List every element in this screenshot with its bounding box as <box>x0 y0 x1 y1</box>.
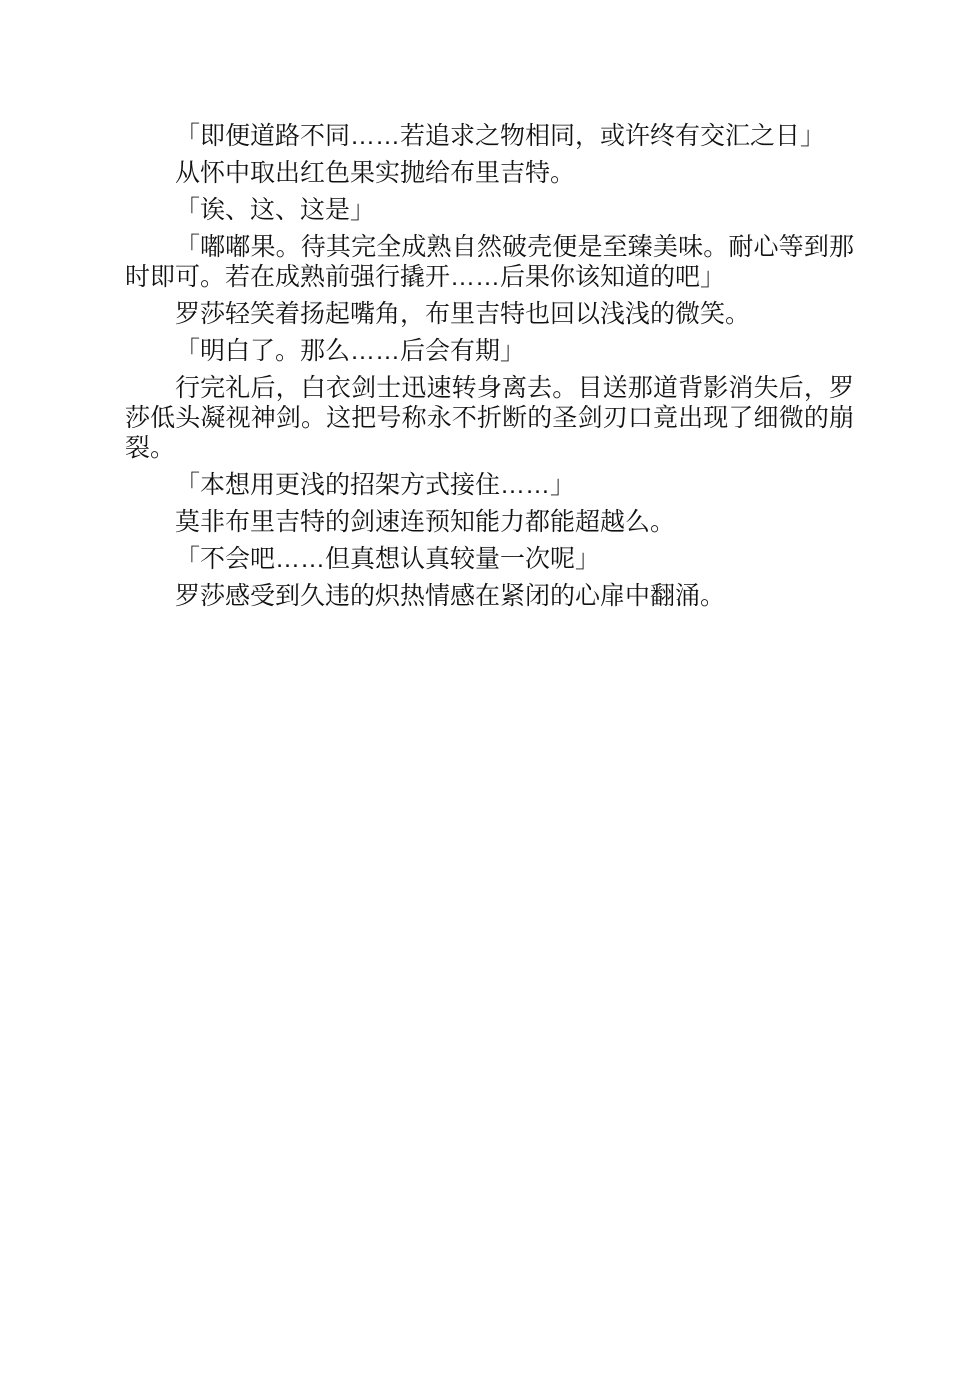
paragraph-narration: 罗莎感受到久违的炽热情感在紧闭的心扉中翻涌。 <box>125 581 854 611</box>
paragraph-dialogue: 「即便道路不同……若追求之物相同，或许终有交汇之日」 <box>125 121 854 151</box>
paragraph-narration: 罗莎轻笑着扬起嘴角，布里吉特也回以浅浅的微笑。 <box>125 299 854 329</box>
reader-page: 「即便道路不同……若追求之物相同，或许终有交汇之日」 从怀中取出红色果实抛给布里… <box>0 0 979 1384</box>
paragraph-narration: 行完礼后，白衣剑士迅速转身离去。目送那道背影消失后，罗莎低头凝视神剑。这把号称永… <box>125 373 854 463</box>
paragraph-narration: 从怀中取出红色果实抛给布里吉特。 <box>125 158 854 188</box>
paragraph-dialogue: 「明白了。那么……后会有期」 <box>125 336 854 366</box>
novel-text-block: 「即便道路不同……若追求之物相同，或许终有交汇之日」 从怀中取出红色果实抛给布里… <box>125 121 854 618</box>
paragraph-dialogue: 「不会吧……但真想认真较量一次呢」 <box>125 544 854 574</box>
paragraph-dialogue: 「本想用更浅的招架方式接住……」 <box>125 470 854 500</box>
paragraph-narration: 莫非布里吉特的剑速连预知能力都能超越么。 <box>125 507 854 537</box>
paragraph-dialogue: 「诶、这、这是」 <box>125 195 854 225</box>
paragraph-dialogue: 「嘟嘟果。待其完全成熟自然破壳便是至臻美味。耐心等到那时即可。若在成熟前强行撬开… <box>125 232 854 292</box>
